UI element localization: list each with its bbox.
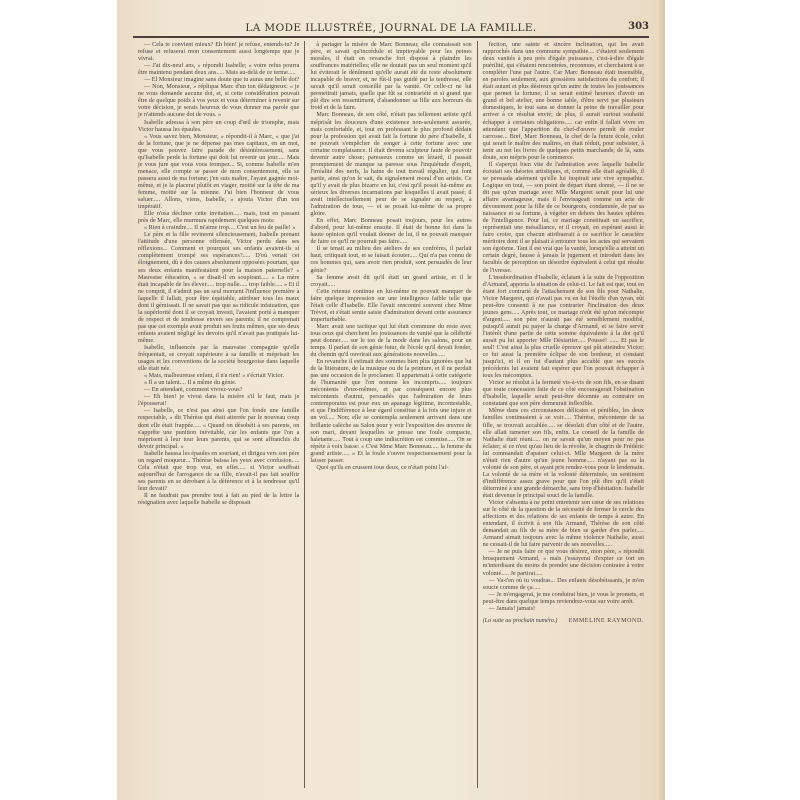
paragraph: Isabelle, influencée par la mauvaise com…	[138, 344, 299, 372]
journal-title: LA MODE ILLUSTRÉE, JOURNAL DE LA FAMILLE…	[133, 22, 649, 34]
paragraph: « Rien à craindre.... Il m'aime trop....…	[138, 224, 299, 231]
paragraph: Il ne faudrait pas prendre tout à fait a…	[138, 492, 299, 506]
paragraph: En revanche il estimait des sommes bien …	[310, 358, 471, 464]
paragraph: Même dans ces circonstances délicates et…	[483, 407, 644, 499]
paragraph: fection, une sainte et sincère inclinati…	[483, 41, 644, 161]
paragraph: — Eh bien! je vivrai dans la misère s'il…	[138, 393, 299, 407]
paragraph: — Cela te convient mieux? Eh bien! je re…	[138, 41, 299, 62]
paragraph: « Mais, malheureuse enfant, il n'a rien!…	[138, 372, 299, 379]
continuation-note: (La suite au prochain numéro.)	[483, 618, 558, 625]
paragraph: « Il a un talent.... Il a même du génie.	[138, 379, 299, 386]
column-2: à partager la misère de Marc Bonneau; el…	[304, 41, 476, 788]
paragraph: Marc Bonneau, de son côté, n'était pas t…	[310, 111, 471, 217]
paragraph: — J'ai dix-neuf ans, » répondit Isabelle…	[138, 62, 299, 76]
paragraph: Elle n'osa décliner cette invitation....…	[138, 210, 299, 224]
paragraph: — Jamais! jamais!	[483, 605, 644, 612]
paragraph: — Va-t'en où tu voudras... Des enfants d…	[483, 577, 644, 591]
paragraph: — Je ne puis faire ce que vous désirez, …	[483, 548, 644, 576]
paragraph: Il se tenait au milieu des ateliers de s…	[310, 245, 471, 273]
paragraph: Victor se résolut à la fermeté vis-à-vis…	[483, 379, 644, 407]
column-3: fection, une sainte et sincère inclinati…	[477, 41, 649, 788]
paragraph: — Non, Monsieur, » répliqua Marc d'un to…	[138, 83, 299, 118]
paragraph: L'insubordination d'Isabelle, éclatant à…	[483, 274, 644, 380]
magazine-page: LA MODE ILLUSTRÉE, JOURNAL DE LA FAMILLE…	[117, 0, 665, 800]
header-rule	[133, 36, 649, 38]
paragraph: Isabelle adressa à son père un coup d'œi…	[138, 119, 299, 133]
author-name: EMMELINE RAYMOND.	[569, 618, 644, 625]
paragraph: — El Monsieur imagine sans doute que tu …	[138, 76, 299, 83]
paragraph: Sa femme avait dit qu'il était un grand …	[310, 274, 471, 288]
paragraph: à partager la misère de Marc Bonneau; el…	[310, 41, 471, 111]
column-1: — Cela te convient mieux? Eh bien! je re…	[133, 41, 304, 788]
page-edge	[659, 0, 665, 800]
paragraph: « Vous savez bien, Monsieur, » répondit-…	[138, 133, 299, 211]
signature-line: (La suite au prochain numéro.) EMMELINE …	[483, 618, 644, 625]
paragraph: Victor s'absenta à ne point entretenir s…	[483, 499, 644, 548]
paragraph: — Je m'engagerai, je me conduirai bien, …	[483, 591, 644, 605]
paragraph: — Isabelle, ce n'est pas ainsi que l'on …	[138, 407, 299, 449]
paragraph: Il s'aperçut bien vite de l'admiration a…	[483, 161, 644, 274]
paragraph: Isabelle haussa les épaules en souriant,…	[138, 450, 299, 492]
paragraph: En effet, Marc Bonneau posait toujours, …	[310, 217, 471, 245]
paragraph: Le père et la fille revinrent silencieus…	[138, 231, 299, 344]
column-3-paragraphs: fection, une sainte et sincère inclinati…	[483, 41, 644, 612]
page-number: 303	[628, 21, 649, 32]
paragraph: Marc avait une tactique qui lui était co…	[310, 323, 471, 358]
text-columns: — Cela te convient mieux? Eh bien! je re…	[133, 41, 649, 788]
paragraph: — En attendant, comment vivrez-vous?	[138, 386, 299, 393]
paragraph: Cette retenue continue en lui-même ne po…	[310, 288, 471, 323]
paragraph: Quoi qu'ils en crussent tous deux, ce n'…	[310, 464, 471, 471]
